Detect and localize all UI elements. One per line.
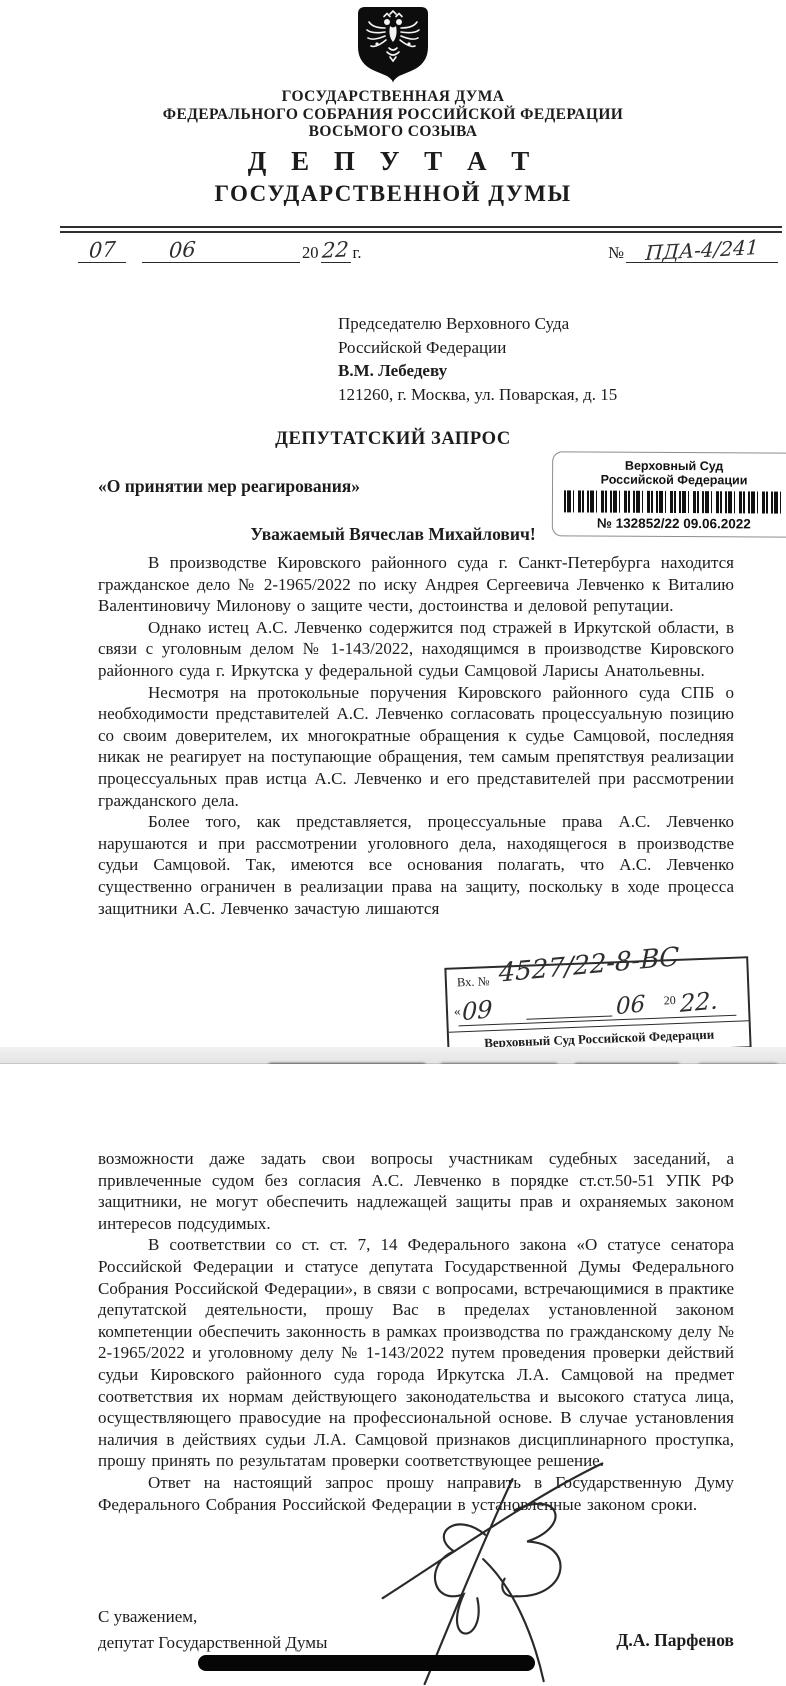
scanned-letter: ГОСУДАРСТВЕННАЯ ДУМА ФЕДЕРАЛЬНОГО СОБРАН… [0,0,786,1686]
deputy-name: Д.А. Парфенов [616,1630,734,1651]
org-line-2: ФЕДЕРАЛЬНОГО СОБРАНИЯ РОССИЙСКОЙ ФЕДЕРАЦ… [0,106,786,124]
deputy-title-line2: ГОСУДАРСТВЕННОЙ ДУМЫ [0,181,786,207]
closing-line-2: депутат Государственной Думы [98,1630,327,1656]
addressee-name: В.М. Лебедеву [338,359,617,383]
addressee-block: Председателю Верховного Суда Российской … [338,312,617,406]
body-paragraph: Однако истец А.С. Левченко содержится по… [98,617,734,682]
stamp-org-line-1: Верховный Суд [560,458,786,473]
incoming-year-printed: 20 [663,993,676,1008]
header-rule [60,226,782,233]
doc-number-handwritten: ПДА-4/241 [625,234,778,266]
incoming-number-handwritten: 4527/22-8-ВС [499,942,680,989]
barcode [564,490,784,513]
addressee-address: 121260, г. Москва, ул. Поварская, д. 15 [338,383,617,407]
coat-of-arms-icon [357,6,429,89]
incoming-date-quote: « [454,1003,461,1019]
letter-page-2: возможности даже задать свои вопросы уча… [0,1064,786,1686]
date-year-printed: 20 [302,243,319,263]
stamp-org-line-2: Российской Федерации [560,472,786,487]
page1-body: В производстве Кировского районного суда… [98,552,734,919]
incoming-stamp: Вх. № 4527/22-8-ВС « 09 06 20 22. Верхов… [444,956,751,1060]
subject-line: «О принятии мер реагирования» [98,476,360,497]
body-paragraph: Более того, как представляется, процессу… [98,811,734,919]
deputy-title: Д Е П У Т А Т [0,146,786,177]
incoming-month-handwritten: 06 [616,991,646,1020]
doc-number-field: № ПДА-4/241 [606,238,778,263]
redaction-bar [198,1655,535,1671]
salutation: Уважаемый Вячеслав Михайлович! [0,524,786,545]
letter-page-1: ГОСУДАРСТВЕННАЯ ДУМА ФЕДЕРАЛЬНОГО СОБРАН… [0,0,786,1047]
closing-line-1: С уважением, [98,1604,327,1630]
body-paragraph: Несмотря на протокольные поручения Киров… [98,682,734,812]
org-line-1: ГОСУДАРСТВЕННАЯ ДУМА [0,88,786,106]
body-paragraph: В производстве Кировского районного суда… [98,552,734,617]
signature [360,1442,620,1686]
date-year-handwritten: 22 [322,237,350,262]
date-month-handwritten: 06 [168,237,196,262]
request-title: ДЕПУТАТСКИЙ ЗАПРОС [0,429,786,450]
dateline: 07 06 2022 г. № ПДА-4/241 [78,238,778,263]
addressee-line-2: Российской Федерации [338,336,617,360]
body-paragraph: В соответствии со ст. ст. 7, 14 Федераль… [98,1234,734,1472]
incoming-day-handwritten: 09 [462,995,493,1026]
page-separator [0,1047,786,1064]
addressee-line-1: Председателю Верховного Суда [338,312,617,336]
date-field: 07 06 2022 г. [78,238,364,263]
closing-block: С уважением, депутат Государственной Дум… [98,1604,327,1656]
doc-number-label: № [608,243,624,263]
body-paragraph: возможности даже задать свои вопросы уча… [98,1148,734,1234]
date-year-suffix: г. [353,243,362,263]
date-day-handwritten: 07 [88,237,116,262]
incoming-year-handwritten: 22. [680,986,718,1018]
org-line-3: ВОСЬМОГО СОЗЫВА [0,123,786,141]
org-name-block: ГОСУДАРСТВЕННАЯ ДУМА ФЕДЕРАЛЬНОГО СОБРАН… [0,88,786,141]
incoming-number-label: Вх. № [457,974,490,989]
